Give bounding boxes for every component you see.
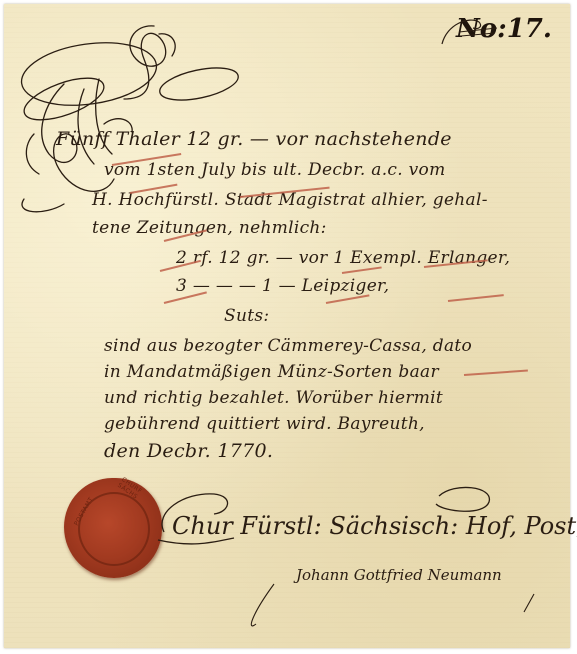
text-line-1: Fünff Thaler 12 gr. — vor nachstehende [56,128,452,150]
text-line-7: Suts: [224,306,269,326]
text-line-9: in Mandatmäßigen Münz-Sorten baar [104,362,439,382]
signatory-flourish-icon [244,574,554,634]
text-line-4: tene Zeitungen, nehmlich: [92,218,327,238]
text-line-3: H. Hochfürstl. Stadt Magistrat alhier, g… [92,190,488,210]
text-line-5: 2 rf. 12 gr. — vor 1 Exempl. Erlanger, [176,248,510,268]
number-flourish-icon [439,14,499,48]
text-line-2: vom 1sten July bis ult. Decbr. a.c. vom [104,160,446,180]
text-line-6: 3 — — — 1 — Leipziger, [176,276,389,296]
document-paper: No:17. Fünff Thaler 12 gr. — vor nachste… [4,4,570,648]
wax-seal: CHURF SÄCHS POSTAMT [64,478,162,578]
text-line-11: gebührend quittiert wird. Bayreuth, [104,414,425,434]
text-line-8: sind aus bezogter Cämmerey-Cassa, dato [104,336,472,356]
red-check-mark [464,370,528,376]
issuer-signature: Chur Fürstl: Sächsisch: Hof, Post, Amt. [172,512,577,540]
text-line-12: den Decbr. 1770. [104,440,273,462]
text-line-10: und richtig bezahlet. Worüber hiermit [104,388,443,408]
red-check-mark [448,294,504,302]
